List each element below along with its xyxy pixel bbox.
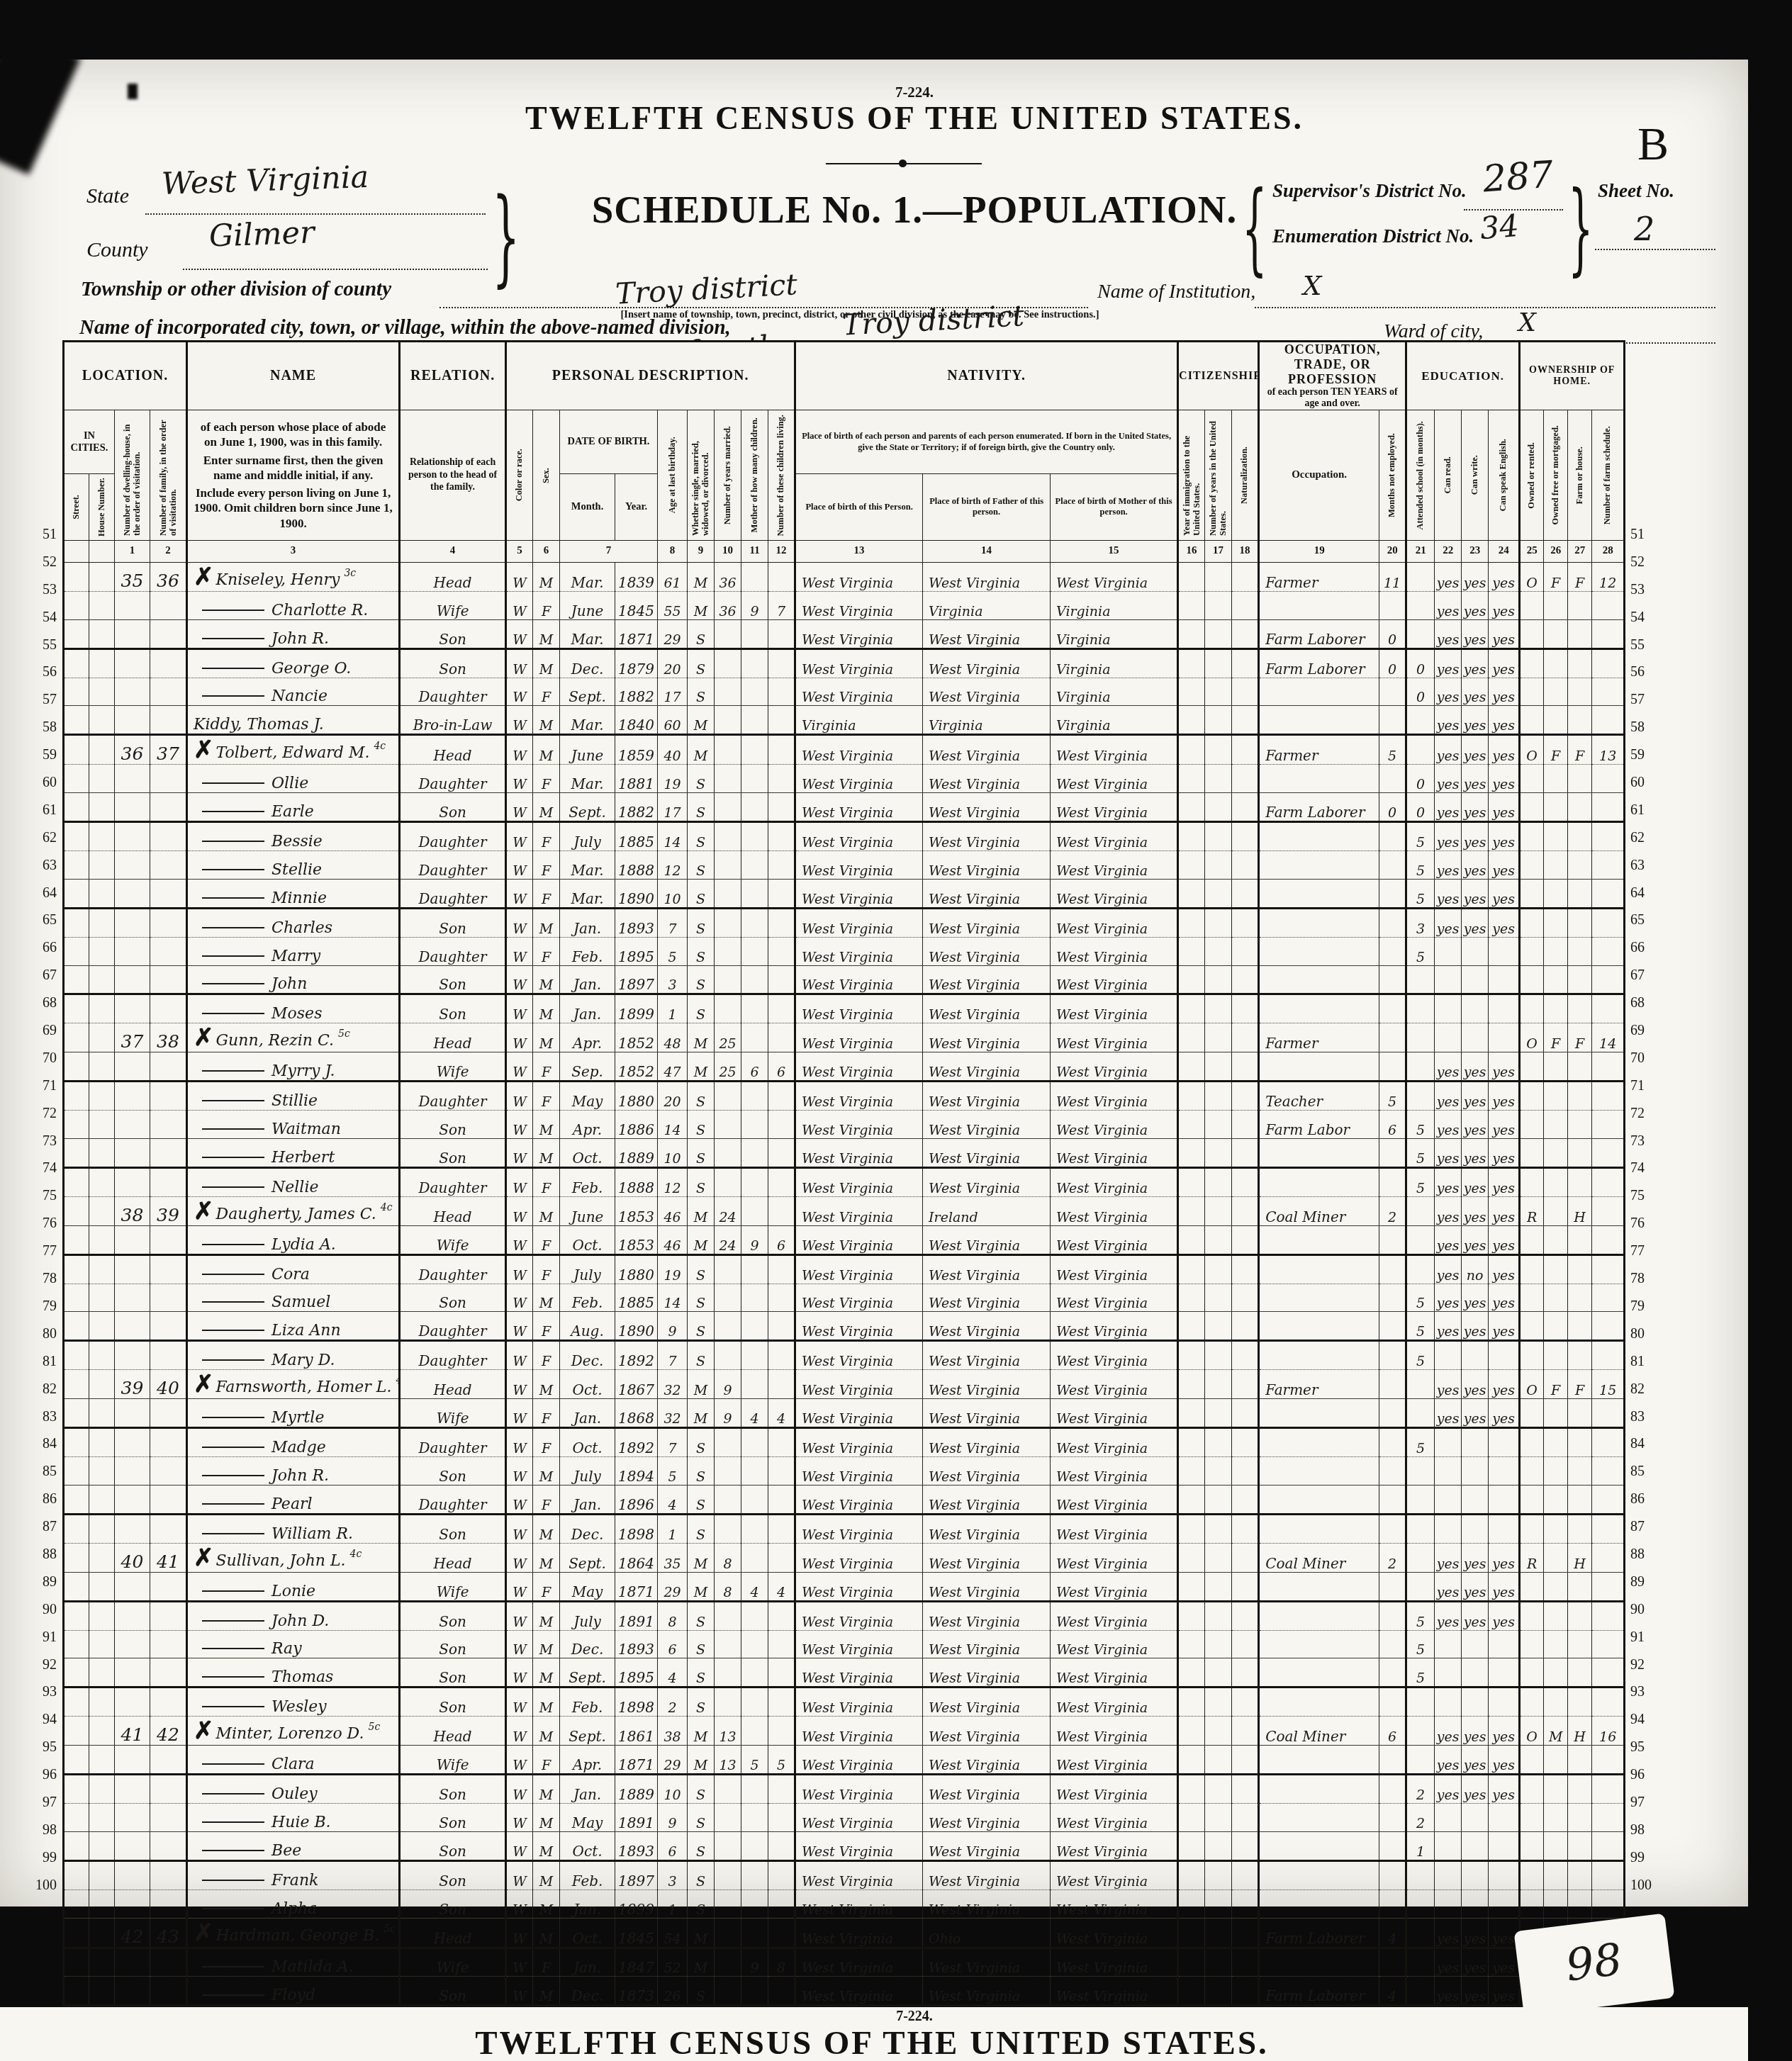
cell-color: W bbox=[506, 1370, 533, 1399]
cell-mb bbox=[741, 1082, 768, 1111]
person-name: Alpha bbox=[271, 1900, 317, 1918]
cell-mar: M bbox=[688, 1918, 715, 1948]
cell-blank bbox=[64, 1254, 89, 1284]
cell-wr bbox=[1462, 1630, 1489, 1658]
cell-rd bbox=[1435, 1514, 1462, 1543]
cell-mo: Jan. bbox=[560, 1399, 615, 1428]
cell-mar: M bbox=[688, 1746, 715, 1775]
cell-sch bbox=[1406, 1023, 1435, 1052]
cell-o4 bbox=[1592, 1658, 1625, 1687]
cell-mar: M bbox=[688, 1948, 715, 1977]
cell-fam bbox=[150, 851, 187, 880]
cell-sex: M bbox=[533, 1284, 560, 1312]
cell-rel: Head bbox=[400, 735, 506, 765]
cell-rd: yes bbox=[1435, 1284, 1462, 1312]
cell-nat bbox=[1232, 1254, 1259, 1284]
cell-rd bbox=[1435, 965, 1462, 994]
cell-blank bbox=[64, 678, 89, 706]
cell-yr: 1885 bbox=[615, 822, 658, 851]
cell-nat bbox=[1232, 965, 1259, 994]
cell-dw bbox=[115, 1167, 150, 1196]
cell-o2 bbox=[1544, 1687, 1568, 1717]
cell-name: Nellie bbox=[187, 1167, 400, 1196]
cell-mne bbox=[1379, 994, 1406, 1023]
cell-blank bbox=[89, 1485, 115, 1514]
table-row: LonieWifeWFMay187129M844West VirginiaWes… bbox=[64, 1572, 1625, 1601]
cell-dw bbox=[115, 1485, 150, 1514]
surname-ditto-mark bbox=[202, 1330, 264, 1331]
cell-rel: Wife bbox=[400, 1948, 506, 1977]
cell-mar: S bbox=[688, 1457, 715, 1486]
cell-mo: June bbox=[560, 1196, 615, 1225]
cell-blank bbox=[64, 1052, 89, 1082]
cell-o4 bbox=[1592, 1225, 1625, 1254]
cell-blank bbox=[64, 1658, 89, 1687]
cell-cl bbox=[768, 1860, 795, 1889]
cell-sch bbox=[1406, 1196, 1435, 1225]
cell-yus bbox=[1205, 1457, 1232, 1486]
cell-rd bbox=[1435, 1658, 1462, 1687]
census-table-wrap: LOCATION. NAME RELATION. PERSONAL DESCRI… bbox=[62, 340, 1625, 2006]
cell-sch bbox=[1406, 619, 1435, 648]
cell-pob: West Virginia bbox=[795, 908, 923, 937]
cell-mo: Dec. bbox=[560, 1341, 615, 1370]
table-row: JohnSonWMJan.18973SWest VirginiaWest Vir… bbox=[64, 965, 1625, 994]
line-number: 96 bbox=[1628, 1761, 1659, 1789]
cell-age: 20 bbox=[658, 1082, 688, 1111]
cell-dw bbox=[115, 706, 150, 735]
line-number: 64 bbox=[28, 880, 60, 907]
cell-mo: Feb. bbox=[560, 1167, 615, 1196]
cell-cl bbox=[768, 1775, 795, 1804]
cell-mne bbox=[1379, 908, 1406, 937]
cell-mne bbox=[1379, 1803, 1406, 1831]
cell-fam bbox=[150, 619, 187, 648]
cell-sex: F bbox=[533, 1485, 560, 1514]
cell-color: W bbox=[506, 1341, 533, 1370]
cell-dw bbox=[115, 851, 150, 880]
cell-pf: West Virginia bbox=[923, 1111, 1051, 1139]
cell-im bbox=[1178, 1284, 1205, 1312]
cell-age: 5 bbox=[658, 937, 688, 965]
cell-ym bbox=[715, 619, 741, 648]
cell-pm: West Virginia bbox=[1051, 1860, 1178, 1889]
cell-sex: F bbox=[533, 879, 560, 908]
cell-o1 bbox=[1520, 851, 1544, 880]
cell-occ bbox=[1259, 1428, 1379, 1457]
cell-mne: 0 bbox=[1379, 619, 1406, 648]
cell-yr: 1867 bbox=[615, 1370, 658, 1399]
cell-o3 bbox=[1568, 994, 1592, 1023]
cell-age: 32 bbox=[658, 1399, 688, 1428]
cell-mar: S bbox=[688, 965, 715, 994]
cell-pob: West Virginia bbox=[795, 1082, 923, 1111]
surname-ditto-mark bbox=[202, 1070, 264, 1072]
enumerator-check-mark: ✗ bbox=[194, 1544, 214, 1572]
cell-rel: Head bbox=[400, 1023, 506, 1052]
surname-ditto-mark bbox=[202, 1821, 264, 1823]
cell-yr: 1882 bbox=[615, 678, 658, 706]
person-name: Hardman, George B. bbox=[216, 1927, 380, 1945]
cell-occ: Farmer bbox=[1259, 735, 1379, 765]
cell-yus bbox=[1205, 822, 1232, 851]
occupation-code-annotation: 5c bbox=[368, 1722, 380, 1733]
cell-occ bbox=[1259, 1139, 1379, 1168]
cell-mo: July bbox=[560, 1254, 615, 1284]
cell-yus bbox=[1205, 1023, 1232, 1052]
cell-pf: West Virginia bbox=[923, 765, 1051, 793]
surname-ditto-mark bbox=[202, 1880, 264, 1881]
cell-o4 bbox=[1592, 1254, 1625, 1284]
cell-ym bbox=[715, 1514, 741, 1543]
cell-rel: Daughter bbox=[400, 1428, 506, 1457]
column-number: 25 bbox=[1520, 540, 1544, 562]
cell-en: yes bbox=[1489, 591, 1520, 619]
cell-dw bbox=[115, 908, 150, 937]
cell-ym bbox=[715, 1831, 741, 1860]
cell-pm: West Virginia bbox=[1051, 1803, 1178, 1831]
surname-ditto-mark bbox=[202, 1475, 264, 1476]
cell-color: W bbox=[506, 678, 533, 706]
cell-o2: F bbox=[1544, 1023, 1568, 1052]
cell-blank bbox=[89, 937, 115, 965]
cell-occ bbox=[1259, 1312, 1379, 1341]
cell-dw bbox=[115, 1977, 150, 2006]
person-name: Ollie bbox=[271, 775, 308, 792]
cell-blank bbox=[64, 793, 89, 822]
cell-mo: Sep. bbox=[560, 1052, 615, 1082]
cell-age: 14 bbox=[658, 1284, 688, 1312]
cell-pf: West Virginia bbox=[923, 1254, 1051, 1284]
person-name: Waitman bbox=[271, 1121, 341, 1138]
cell-im bbox=[1178, 1630, 1205, 1658]
cell-nat bbox=[1232, 908, 1259, 937]
cell-sch bbox=[1406, 1082, 1435, 1111]
table-row: FloydSonWMDec.187326SWest VirginiaWest V… bbox=[64, 1977, 1625, 2006]
supervisor-district-value: 287 bbox=[1482, 154, 1555, 201]
cell-o4 bbox=[1592, 879, 1625, 908]
cell-mb bbox=[741, 1167, 768, 1196]
col-farm-or-house: Farm or house. bbox=[1568, 410, 1592, 541]
cell-sch bbox=[1406, 1514, 1435, 1543]
cell-nat bbox=[1232, 1457, 1259, 1486]
cell-yr: 1861 bbox=[615, 1717, 658, 1746]
line-number: 98 bbox=[28, 1816, 60, 1844]
cell-im bbox=[1178, 1052, 1205, 1082]
cell-pf: West Virginia bbox=[923, 1023, 1051, 1052]
cell-sch: 5 bbox=[1406, 1167, 1435, 1196]
cell-o4 bbox=[1592, 1139, 1625, 1168]
cell-pm: West Virginia bbox=[1051, 793, 1178, 822]
cell-o1: O bbox=[1520, 562, 1544, 591]
cell-pob: West Virginia bbox=[795, 1572, 923, 1601]
cell-nat bbox=[1232, 1284, 1259, 1312]
cell-dw bbox=[115, 678, 150, 706]
cell-blank bbox=[89, 1717, 115, 1746]
cell-blank bbox=[89, 562, 115, 591]
cell-age: 29 bbox=[658, 619, 688, 648]
cell-cl bbox=[768, 562, 795, 591]
cell-cl bbox=[768, 937, 795, 965]
cell-o3 bbox=[1568, 1803, 1592, 1831]
cell-name: Myrry J. bbox=[187, 1052, 400, 1082]
cell-color: W bbox=[506, 908, 533, 937]
cell-blank bbox=[89, 735, 115, 765]
cell-yus bbox=[1205, 1687, 1232, 1717]
column-number: 20 bbox=[1379, 540, 1406, 562]
cell-mar: S bbox=[688, 879, 715, 908]
cell-yr: 1897 bbox=[615, 1860, 658, 1889]
cell-yus bbox=[1205, 1284, 1232, 1312]
cell-mo: Dec. bbox=[560, 1514, 615, 1543]
line-number: 68 bbox=[1628, 989, 1659, 1017]
person-name: Cora bbox=[271, 1266, 310, 1284]
cell-sex: F bbox=[533, 1082, 560, 1111]
cell-mo: Jan. bbox=[560, 1485, 615, 1514]
surname-ditto-mark bbox=[202, 1100, 264, 1101]
cell-ym: 36 bbox=[715, 562, 741, 591]
cell-fam bbox=[150, 1167, 187, 1196]
line-number: 71 bbox=[1628, 1072, 1659, 1100]
cell-o2 bbox=[1544, 1428, 1568, 1457]
person-name: Kniseley, Henry bbox=[216, 571, 340, 589]
line-number: 59 bbox=[1628, 741, 1659, 769]
cell-fam: 36 bbox=[150, 562, 187, 591]
cell-im bbox=[1178, 1514, 1205, 1543]
cell-color: W bbox=[506, 879, 533, 908]
cell-fam: 43 bbox=[150, 1918, 187, 1948]
table-row: AlphaSonWMJan.18991SWest VirginiaWest Vi… bbox=[64, 1889, 1625, 1918]
cell-yr: 1889 bbox=[615, 1139, 658, 1168]
cell-pob: West Virginia bbox=[795, 965, 923, 994]
cell-yr: 1890 bbox=[615, 879, 658, 908]
cell-ym bbox=[715, 1601, 741, 1630]
cell-nat bbox=[1232, 1341, 1259, 1370]
cell-nat bbox=[1232, 1687, 1259, 1717]
line-number: 78 bbox=[28, 1265, 60, 1293]
cell-mb bbox=[741, 1543, 768, 1572]
cell-pf: West Virginia bbox=[923, 1167, 1051, 1196]
cell-yr: 1880 bbox=[615, 1254, 658, 1284]
cell-wr: yes bbox=[1462, 822, 1489, 851]
cell-ym bbox=[715, 851, 741, 880]
cell-im bbox=[1178, 1399, 1205, 1428]
cell-pf: West Virginia bbox=[923, 1139, 1051, 1168]
cell-sex: M bbox=[533, 1889, 560, 1918]
cell-im bbox=[1178, 937, 1205, 965]
cell-o1 bbox=[1520, 591, 1544, 619]
cell-blank bbox=[64, 937, 89, 965]
state-value: West Virginia bbox=[161, 159, 369, 202]
cell-rd: yes bbox=[1435, 822, 1462, 851]
cell-age: 60 bbox=[658, 706, 688, 735]
cell-sex: M bbox=[533, 994, 560, 1023]
cell-en bbox=[1489, 1514, 1520, 1543]
cell-color: W bbox=[506, 706, 533, 735]
enumerator-check-mark: ✗ bbox=[194, 736, 214, 764]
column-number: 24 bbox=[1489, 540, 1520, 562]
cell-o2 bbox=[1544, 1341, 1568, 1370]
cell-pob: West Virginia bbox=[795, 1687, 923, 1717]
cell-mo: July bbox=[560, 822, 615, 851]
cell-o4 bbox=[1592, 591, 1625, 619]
cell-nat bbox=[1232, 1082, 1259, 1111]
cell-blank bbox=[64, 1746, 89, 1775]
cell-age: 7 bbox=[658, 1341, 688, 1370]
cell-en: yes bbox=[1489, 1196, 1520, 1225]
cell-pob: West Virginia bbox=[795, 648, 923, 678]
cell-blank bbox=[64, 822, 89, 851]
table-row: MarryDaughterWFFeb.18955SWest VirginiaWe… bbox=[64, 937, 1625, 965]
cell-o3 bbox=[1568, 1428, 1592, 1457]
line-number: 53 bbox=[1628, 576, 1659, 604]
cell-ym bbox=[715, 994, 741, 1023]
cell-ym bbox=[715, 1312, 741, 1341]
line-number: 52 bbox=[28, 549, 60, 576]
cell-o3 bbox=[1568, 793, 1592, 822]
cell-en: yes bbox=[1489, 1948, 1520, 1977]
cell-mne: 5 bbox=[1379, 735, 1406, 765]
cell-cl bbox=[768, 1428, 795, 1457]
cell-o4 bbox=[1592, 1457, 1625, 1486]
cell-name: Marry bbox=[187, 937, 400, 965]
surname-ditto-mark bbox=[202, 1706, 264, 1707]
col-street: Street. bbox=[64, 474, 89, 541]
cell-sex: M bbox=[533, 1977, 560, 2006]
col-attended-school: Attended school (in months). bbox=[1406, 410, 1435, 541]
cell-cl bbox=[768, 1370, 795, 1399]
cell-pob: West Virginia bbox=[795, 851, 923, 880]
cell-cl bbox=[768, 1601, 795, 1630]
cell-sex: M bbox=[533, 1023, 560, 1052]
table-row: 3536✗Kniseley, Henry3cHeadWMMar.183961M3… bbox=[64, 562, 1625, 591]
line-number: 85 bbox=[1628, 1458, 1659, 1486]
cell-color: W bbox=[506, 1775, 533, 1804]
cell-blank bbox=[89, 1687, 115, 1717]
cell-o3 bbox=[1568, 1139, 1592, 1168]
cell-sch: 0 bbox=[1406, 678, 1435, 706]
person-name: Marry bbox=[271, 948, 320, 965]
cell-im bbox=[1178, 1254, 1205, 1284]
table-row: Mary D.DaughterWFDec.18927SWest Virginia… bbox=[64, 1341, 1625, 1370]
cell-cl bbox=[768, 793, 795, 822]
cell-cl: 5 bbox=[768, 1746, 795, 1775]
cell-blank bbox=[89, 591, 115, 619]
table-row: George O.SonWMDec.187920SWest VirginiaWe… bbox=[64, 648, 1625, 678]
cell-age: 32 bbox=[658, 1370, 688, 1399]
cell-en: yes bbox=[1489, 678, 1520, 706]
line-number: 77 bbox=[28, 1237, 60, 1265]
cell-rel: Son bbox=[400, 1831, 506, 1860]
cell-yus bbox=[1205, 1312, 1232, 1341]
cell-wr: yes bbox=[1462, 908, 1489, 937]
cell-sch: 5 bbox=[1406, 879, 1435, 908]
cell-sch bbox=[1406, 1977, 1435, 2006]
enumerator-check-mark: ✗ bbox=[194, 1370, 214, 1398]
cell-blank bbox=[64, 1977, 89, 2006]
cell-en: yes bbox=[1489, 1284, 1520, 1312]
cell-mb bbox=[741, 1023, 768, 1052]
cell-occ bbox=[1259, 1341, 1379, 1370]
col-date-of-birth: DATE OF BIRTH. bbox=[560, 410, 658, 474]
cell-pob: West Virginia bbox=[795, 1428, 923, 1457]
cell-sex: F bbox=[533, 1428, 560, 1457]
cell-o1 bbox=[1520, 1052, 1544, 1082]
col-dwelling-number: Number of dwelling-house, in the order o… bbox=[115, 410, 150, 541]
cell-rel: Son bbox=[400, 1658, 506, 1687]
cell-nat bbox=[1232, 765, 1259, 793]
cell-pm: West Virginia bbox=[1051, 1687, 1178, 1717]
cell-cl bbox=[768, 1341, 795, 1370]
cell-color: W bbox=[506, 793, 533, 822]
cell-nat bbox=[1232, 1717, 1259, 1746]
cell-pm: West Virginia bbox=[1051, 765, 1178, 793]
cell-pm: West Virginia bbox=[1051, 1139, 1178, 1168]
cell-fam bbox=[150, 908, 187, 937]
cell-im bbox=[1178, 1139, 1205, 1168]
cell-rd: yes bbox=[1435, 562, 1462, 591]
cell-mb bbox=[741, 851, 768, 880]
cell-pf: West Virginia bbox=[923, 1630, 1051, 1658]
cell-cl bbox=[768, 965, 795, 994]
col-mother-of-children: Mother of how many children. bbox=[741, 410, 768, 541]
cell-wr: yes bbox=[1462, 1196, 1489, 1225]
table-row: NancieDaughterWFSept.188217SWest Virgini… bbox=[64, 678, 1625, 706]
table-row: Lydia A.WifeWFOct.185346M2496West Virgin… bbox=[64, 1225, 1625, 1254]
cell-wr: yes bbox=[1462, 1775, 1489, 1804]
cell-yr: 1898 bbox=[615, 1514, 658, 1543]
col-years-married: Number of years married. bbox=[715, 410, 741, 541]
nativity-note: Place of birth of each person and parent… bbox=[795, 410, 1178, 474]
person-name: Frank bbox=[271, 1872, 318, 1889]
line-number: 57 bbox=[28, 686, 60, 714]
cell-occ: Farmer bbox=[1259, 1370, 1379, 1399]
cell-wr: yes bbox=[1462, 1052, 1489, 1082]
cell-pm: West Virginia bbox=[1051, 1052, 1178, 1082]
cell-pm: West Virginia bbox=[1051, 1225, 1178, 1254]
cell-dw bbox=[115, 1111, 150, 1139]
state-label: State bbox=[86, 184, 129, 208]
cell-rel: Son bbox=[400, 1687, 506, 1717]
district-brace-close: } bbox=[1568, 172, 1594, 287]
cell-o1 bbox=[1520, 1860, 1544, 1889]
cell-occ: Farmer bbox=[1259, 1023, 1379, 1052]
cell-blank bbox=[89, 1601, 115, 1630]
cell-mne: 2 bbox=[1379, 1543, 1406, 1572]
table-row: 4243✗Hardman, George B.5cHeadWMOct.18455… bbox=[64, 1918, 1625, 1948]
cell-rel: Son bbox=[400, 1630, 506, 1658]
cell-occ bbox=[1259, 1254, 1379, 1284]
cell-age: 14 bbox=[658, 822, 688, 851]
ink-speck bbox=[128, 84, 138, 99]
cell-yr: 1893 bbox=[615, 1630, 658, 1658]
cell-en bbox=[1489, 1658, 1520, 1687]
cell-pob: West Virginia bbox=[795, 1775, 923, 1804]
cell-sex: F bbox=[533, 1746, 560, 1775]
cell-cl bbox=[768, 1717, 795, 1746]
cell-dw: 38 bbox=[115, 1196, 150, 1225]
cell-fam bbox=[150, 1860, 187, 1889]
cell-fam: 38 bbox=[150, 1023, 187, 1052]
cell-sch: 5 bbox=[1406, 1630, 1435, 1658]
cell-mo: Oct. bbox=[560, 1918, 615, 1948]
cell-blank bbox=[64, 1717, 89, 1746]
cell-en: yes bbox=[1489, 1312, 1520, 1341]
cell-o3 bbox=[1568, 1630, 1592, 1658]
cell-age: 1 bbox=[658, 1889, 688, 1918]
cell-pob: West Virginia bbox=[795, 1284, 923, 1312]
cell-name: Wesley bbox=[187, 1687, 400, 1717]
